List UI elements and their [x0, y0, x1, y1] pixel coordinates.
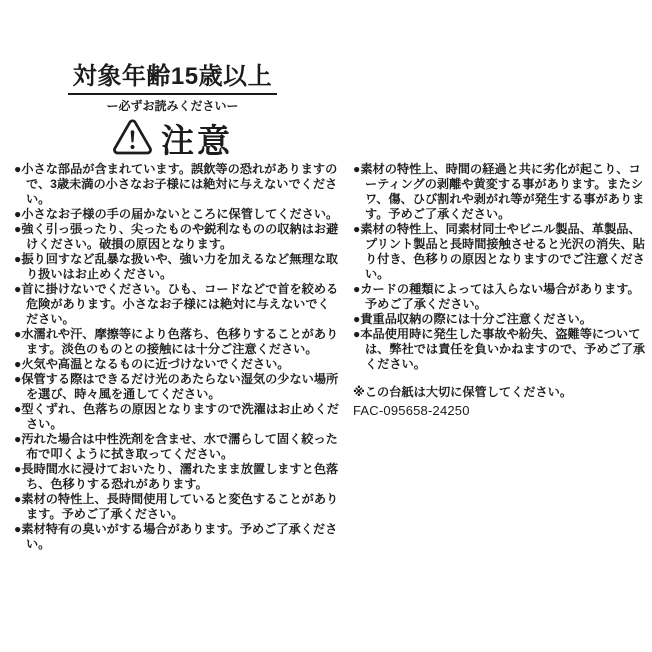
warning-item: ●保管する際はできるだけ光のあたらない湿気の少ない場所を選び、時々風を通してくだ… [14, 372, 340, 402]
product-code: FAC-095658-24250 [353, 403, 646, 418]
warning-columns: ●小さな部品が含まれています。誤飲等の恐れがありますので、3歳未満の小さなお子様… [14, 162, 646, 552]
caution-heading: 注意 [0, 119, 345, 161]
right-column: ●素材の特性上、時間の経過と共に劣化が起こり、コーティングの剥離や黄変する事があ… [353, 162, 646, 552]
warning-item: ●振り回すなど乱暴な扱いや、強い力を加えるなど無理な取り扱いはお止めください。 [14, 252, 340, 282]
warning-triangle-icon [112, 119, 153, 161]
page-title: 対象年齢15歳以上 [68, 56, 277, 95]
keep-card-note: ※この台紙は大切に保管してください。 [353, 385, 646, 400]
warning-item: ●カードの種類によっては入らない場合があります。予めご了承ください。 [353, 282, 646, 312]
warning-item: ●本品使用時に発生した事故や紛失、盗難等については、弊社では責任を負いかねますの… [353, 327, 646, 372]
warning-item: ●小さなお子様の手の届かないところに保管してください。 [14, 207, 340, 222]
warning-item: ●貴重品収納の際には十分ご注意ください。 [353, 312, 646, 327]
warning-item: ●型くずれ、色落ちの原因となりますので洗濯はお止めください。 [14, 402, 340, 432]
header: 対象年齢15歳以上 ー必ずお読みくださいー 注意 [0, 56, 345, 161]
warning-item: ●素材特有の臭いがする場合があります。予めご了承ください。 [14, 522, 340, 552]
right-warning-list: ●素材の特性上、時間の経過と共に劣化が起こり、コーティングの剥離や黄変する事があ… [353, 162, 646, 372]
warning-item: ●長時間水に浸けておいたり、濡れたまま放置しますと色落ち、色移りする恐れがありま… [14, 462, 340, 492]
warning-item: ●小さな部品が含まれています。誤飲等の恐れがありますので、3歳未満の小さなお子様… [14, 162, 340, 207]
caution-label: 注意 [161, 124, 233, 157]
warning-item: ●火気や高温となるものに近づけないでください。 [14, 357, 340, 372]
warning-item: ●首に掛けないでください。ひも、コードなどで首を絞める危険があります。小さなお子… [14, 282, 340, 327]
warning-item: ●素材の特性上、長時間使用していると変色することがあります。予めご了承ください。 [14, 492, 340, 522]
left-warning-list: ●小さな部品が含まれています。誤飲等の恐れがありますので、3歳未満の小さなお子様… [14, 162, 340, 552]
warning-item: ●汚れた場合は中性洗剤を含ませ、水で濡らして固く絞った布で叩くように拭き取ってく… [14, 432, 340, 462]
warning-item: ●強く引っ張ったり、尖ったものや鋭利なものの収納はお避けください。破損の原因とな… [14, 222, 340, 252]
warning-item: ●素材の特性上、同素材同士やビニル製品、革製品、プリント製品と長時間接触させると… [353, 222, 646, 282]
page-subtitle: ー必ずお読みくださいー [0, 97, 345, 114]
left-column: ●小さな部品が含まれています。誤飲等の恐れがありますので、3歳未満の小さなお子様… [14, 162, 340, 552]
warning-item: ●素材の特性上、時間の経過と共に劣化が起こり、コーティングの剥離や黄変する事があ… [353, 162, 646, 222]
caution-card: 対象年齢15歳以上 ー必ずお読みくださいー 注意 ●小さな部品が含まれています。… [0, 0, 652, 652]
warning-item: ●水濡れや汗、摩擦等により色落ち、色移りすることがあります。淡色のものとの接触に… [14, 327, 340, 357]
